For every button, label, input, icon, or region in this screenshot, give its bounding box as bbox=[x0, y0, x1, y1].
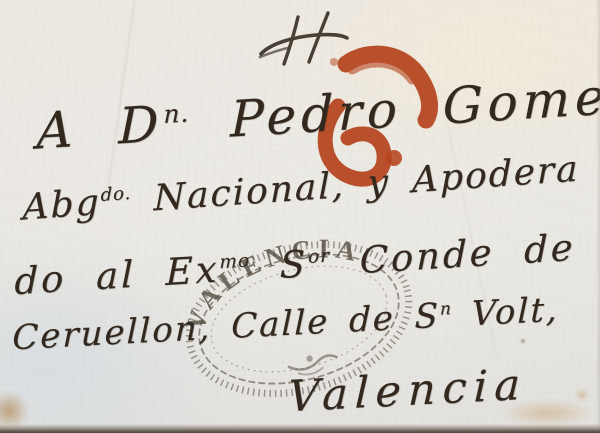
letter-cover-photo: VALENCIA A Dn. Pedro Gomez Abgdo. Nacion… bbox=[0, 0, 600, 433]
paper-bottom-edge bbox=[0, 424, 600, 433]
ink-stain bbox=[576, 390, 588, 400]
photo-edge-shadow bbox=[596, 0, 600, 433]
ink-stain bbox=[520, 338, 526, 344]
ink-stain bbox=[0, 390, 28, 432]
